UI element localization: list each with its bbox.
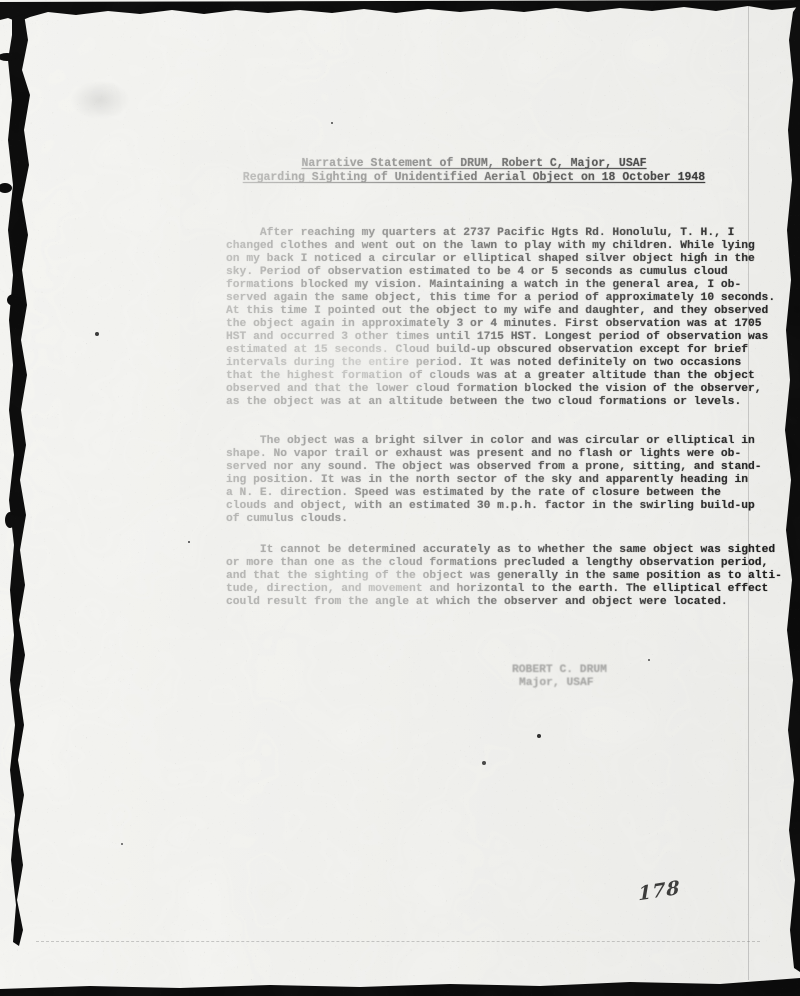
document-content: Narrative Statement of DRUM, Robert C, M…	[0, 0, 800, 996]
paragraph-3: It cannot be determined accurately as to…	[226, 544, 800, 609]
paragraph-1: After reaching my quarters at 2737 Pacif…	[226, 227, 800, 409]
title-line-1: Narrative Statement of DRUM, Robert C, M…	[214, 157, 734, 171]
title-line-2: Regarding Sighting of Unidentified Aeria…	[214, 171, 734, 185]
scanned-document-page: Narrative Statement of DRUM, Robert C, M…	[0, 0, 800, 996]
signature-rank: Major, USAF	[519, 677, 594, 689]
signature-block: ROBERT C. DRUM Major, USAF	[512, 664, 607, 690]
document-title: Narrative Statement of DRUM, Robert C, M…	[214, 157, 734, 185]
paragraph-2: The object was a bright silver in color …	[226, 435, 800, 526]
signature-name: ROBERT C. DRUM	[512, 664, 607, 676]
